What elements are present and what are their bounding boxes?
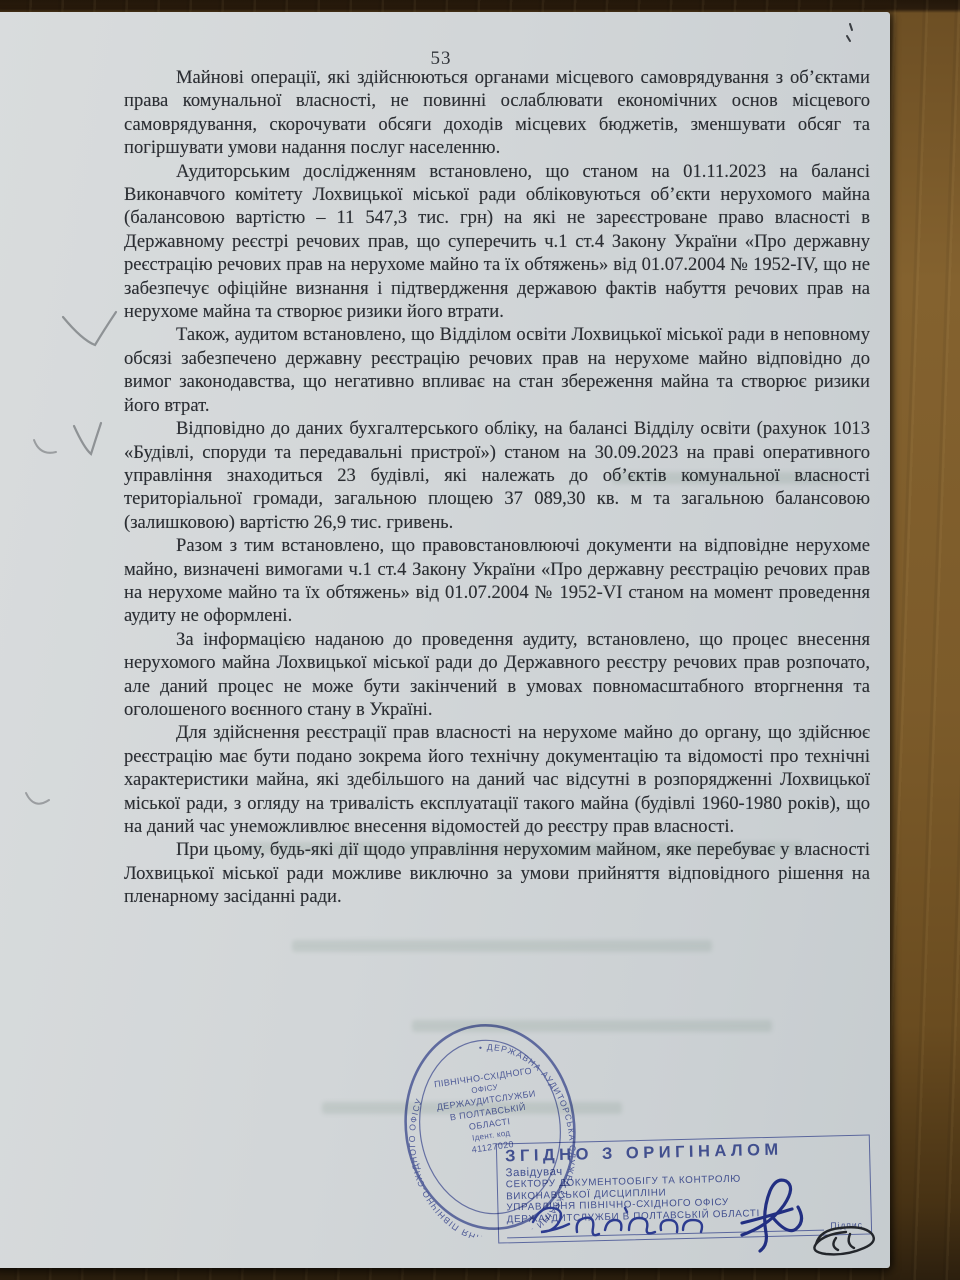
paragraph: Аудиторським дослідженням встановлено, щ… <box>124 160 870 324</box>
paragraph: Для здійснення реєстрації прав власності… <box>124 721 870 838</box>
paragraph: Разом з тим встановлено, що правовстанов… <box>124 534 870 628</box>
certification-stamp: ЗГІДНО З ОРИГІНАЛОМ Завідувач СЕКТОРУ ДО… <box>496 1134 872 1243</box>
photo-of-document: { "page": { "number": "53", "paragraphs"… <box>0 0 960 1280</box>
paragraph: Відповідно до даних бухгалтерського облі… <box>124 417 870 534</box>
bleed-through-smudge <box>292 940 712 952</box>
signature-caption: Підпис <box>830 1220 863 1231</box>
paragraph: За інформацією наданою до проведення ауд… <box>124 628 870 722</box>
document-body-text: Майнові операції, які здійснюються орган… <box>124 66 870 909</box>
paragraph: При цьому, будь-які дії щодо управління … <box>124 838 870 908</box>
paragraph: Майнові операції, які здійснюються орган… <box>124 66 870 160</box>
paragraph: Також, аудитом встановлено, що Відділом … <box>124 323 870 417</box>
